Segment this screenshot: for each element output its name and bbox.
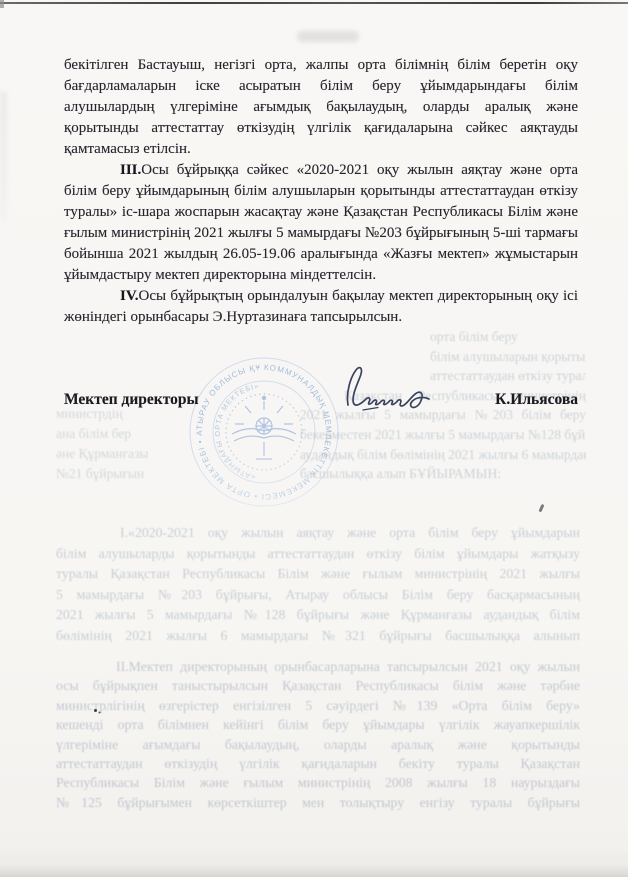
ghost-line: туралы Қазақстан Республикасы Білім және… — [56, 564, 580, 585]
official-round-stamp: КОММУНАЛДЫҚ МЕМЛЕКЕТТІК МЕКЕМЕСІ • ОРТА … — [186, 354, 342, 510]
ghost-line: Республикасы Білім және ғылым министріні… — [56, 773, 580, 792]
item-3-text: Осы бұйрыққа сәйкес «2020-2021 оқу жылын… — [64, 162, 578, 283]
item-4-number: IV. — [120, 288, 139, 304]
document-body: бекітілген Бастауыш, негізгі орта, жалпы… — [64, 55, 578, 328]
ghost-line: әне Құрманғазы — [56, 444, 174, 464]
ghost-line: №125 бұйрығымен көрсеткіштер мен толықты… — [56, 793, 580, 812]
signature-row: Мектеп директоры К.Ильясова — [64, 391, 578, 409]
scanned-document-page: орта білім беру білім алушыларын қорытын… — [0, 0, 628, 877]
ink-speck — [538, 504, 544, 512]
ghost-line: ана білім бер — [56, 424, 174, 444]
ghost-line: 5 мамырдағы №203 бұйрығы, Атырау облысы … — [56, 585, 580, 606]
director-role-label: Мектеп директоры — [64, 391, 199, 409]
paragraph-intro: бекітілген Бастауыш, негізгі орта, жалпы… — [64, 55, 578, 160]
ghost-line: үлгеріміне ағымдағы бақылаудың, оларды а… — [56, 735, 580, 754]
paragraph-item-3: III.Осы бұйрыққа сәйкес «2020-2021 оқу ж… — [64, 160, 578, 286]
ghost-line: министрлігінің өзгерістер енгізілген 5 с… — [56, 696, 580, 715]
ghost-line: бөлімінің 2021 жылғы 6 мамырдағы №321 бұ… — [56, 626, 580, 647]
ghost-line: бекерместен 2021 жылғы 5 мамырдағы №128 … — [300, 425, 586, 445]
scan-edge-bottom-shade — [0, 847, 628, 865]
ghost-line: №21 бұйрығын — [56, 464, 174, 484]
ghost-line: ІІ.Мектеп директорының орынбасарларына т… — [56, 657, 580, 676]
item-4-text: Осы бұйрықтың орындалуын бақылау мектеп … — [64, 288, 578, 325]
ghost-line: аудандық білім бөлімінің 2021 жылғы 6 ма… — [300, 445, 586, 465]
ghost-line: орта білім беру — [300, 327, 586, 347]
ghost-line: І.«2020-2021 оқу жылын аяқтау және орта … — [56, 523, 580, 544]
scan-edge-bottom-band — [0, 865, 628, 877]
scan-corner-mark — [0, 0, 4, 8]
ghost-line: аттестаттаудан өткізудің үлгілік қағидал… — [56, 754, 580, 773]
ink-speck — [94, 709, 97, 712]
ghost-line: басшылыққа алып БҰЙЫРАМЫН: — [300, 464, 586, 484]
ghost-line: білім алушыларды қорытынды аттестаттауда… — [56, 544, 580, 565]
ghost-line: осы бұйрықпен таныстырылсын Қазақстан Ре… — [56, 676, 580, 695]
item-3-number: III. — [120, 162, 141, 178]
paragraph-item-4: IV.Осы бұйрықтың орындалуын бақылау мект… — [64, 286, 578, 328]
scan-edge-smudge — [0, 92, 7, 222]
ghost-line: кешенді орта білімнен кейінгі білім беру… — [56, 715, 580, 734]
stamp-ring-text: КОММУНАЛДЫҚ МЕМЛЕКЕТТІК МЕКЕМЕСІ • ОРТА … — [186, 354, 333, 501]
director-name: К.Ильясова — [495, 391, 578, 409]
bleedthrough-smudge — [297, 31, 359, 42]
ghost-paragraph-2: ІІ.Мектеп директорының орынбасарларына т… — [56, 657, 580, 812]
scan-edge-top-line — [0, 2, 628, 4]
ghost-line: 2021 жылғы 5 мамырдағы №128 бұйрығы және… — [56, 605, 580, 626]
ghost-paragraph-1: І.«2020-2021 оқу жылын аяқтау және орта … — [56, 523, 580, 647]
ghost-text-left-fragments: министрдің ана білім бер әне Құрманғазы … — [56, 404, 174, 484]
